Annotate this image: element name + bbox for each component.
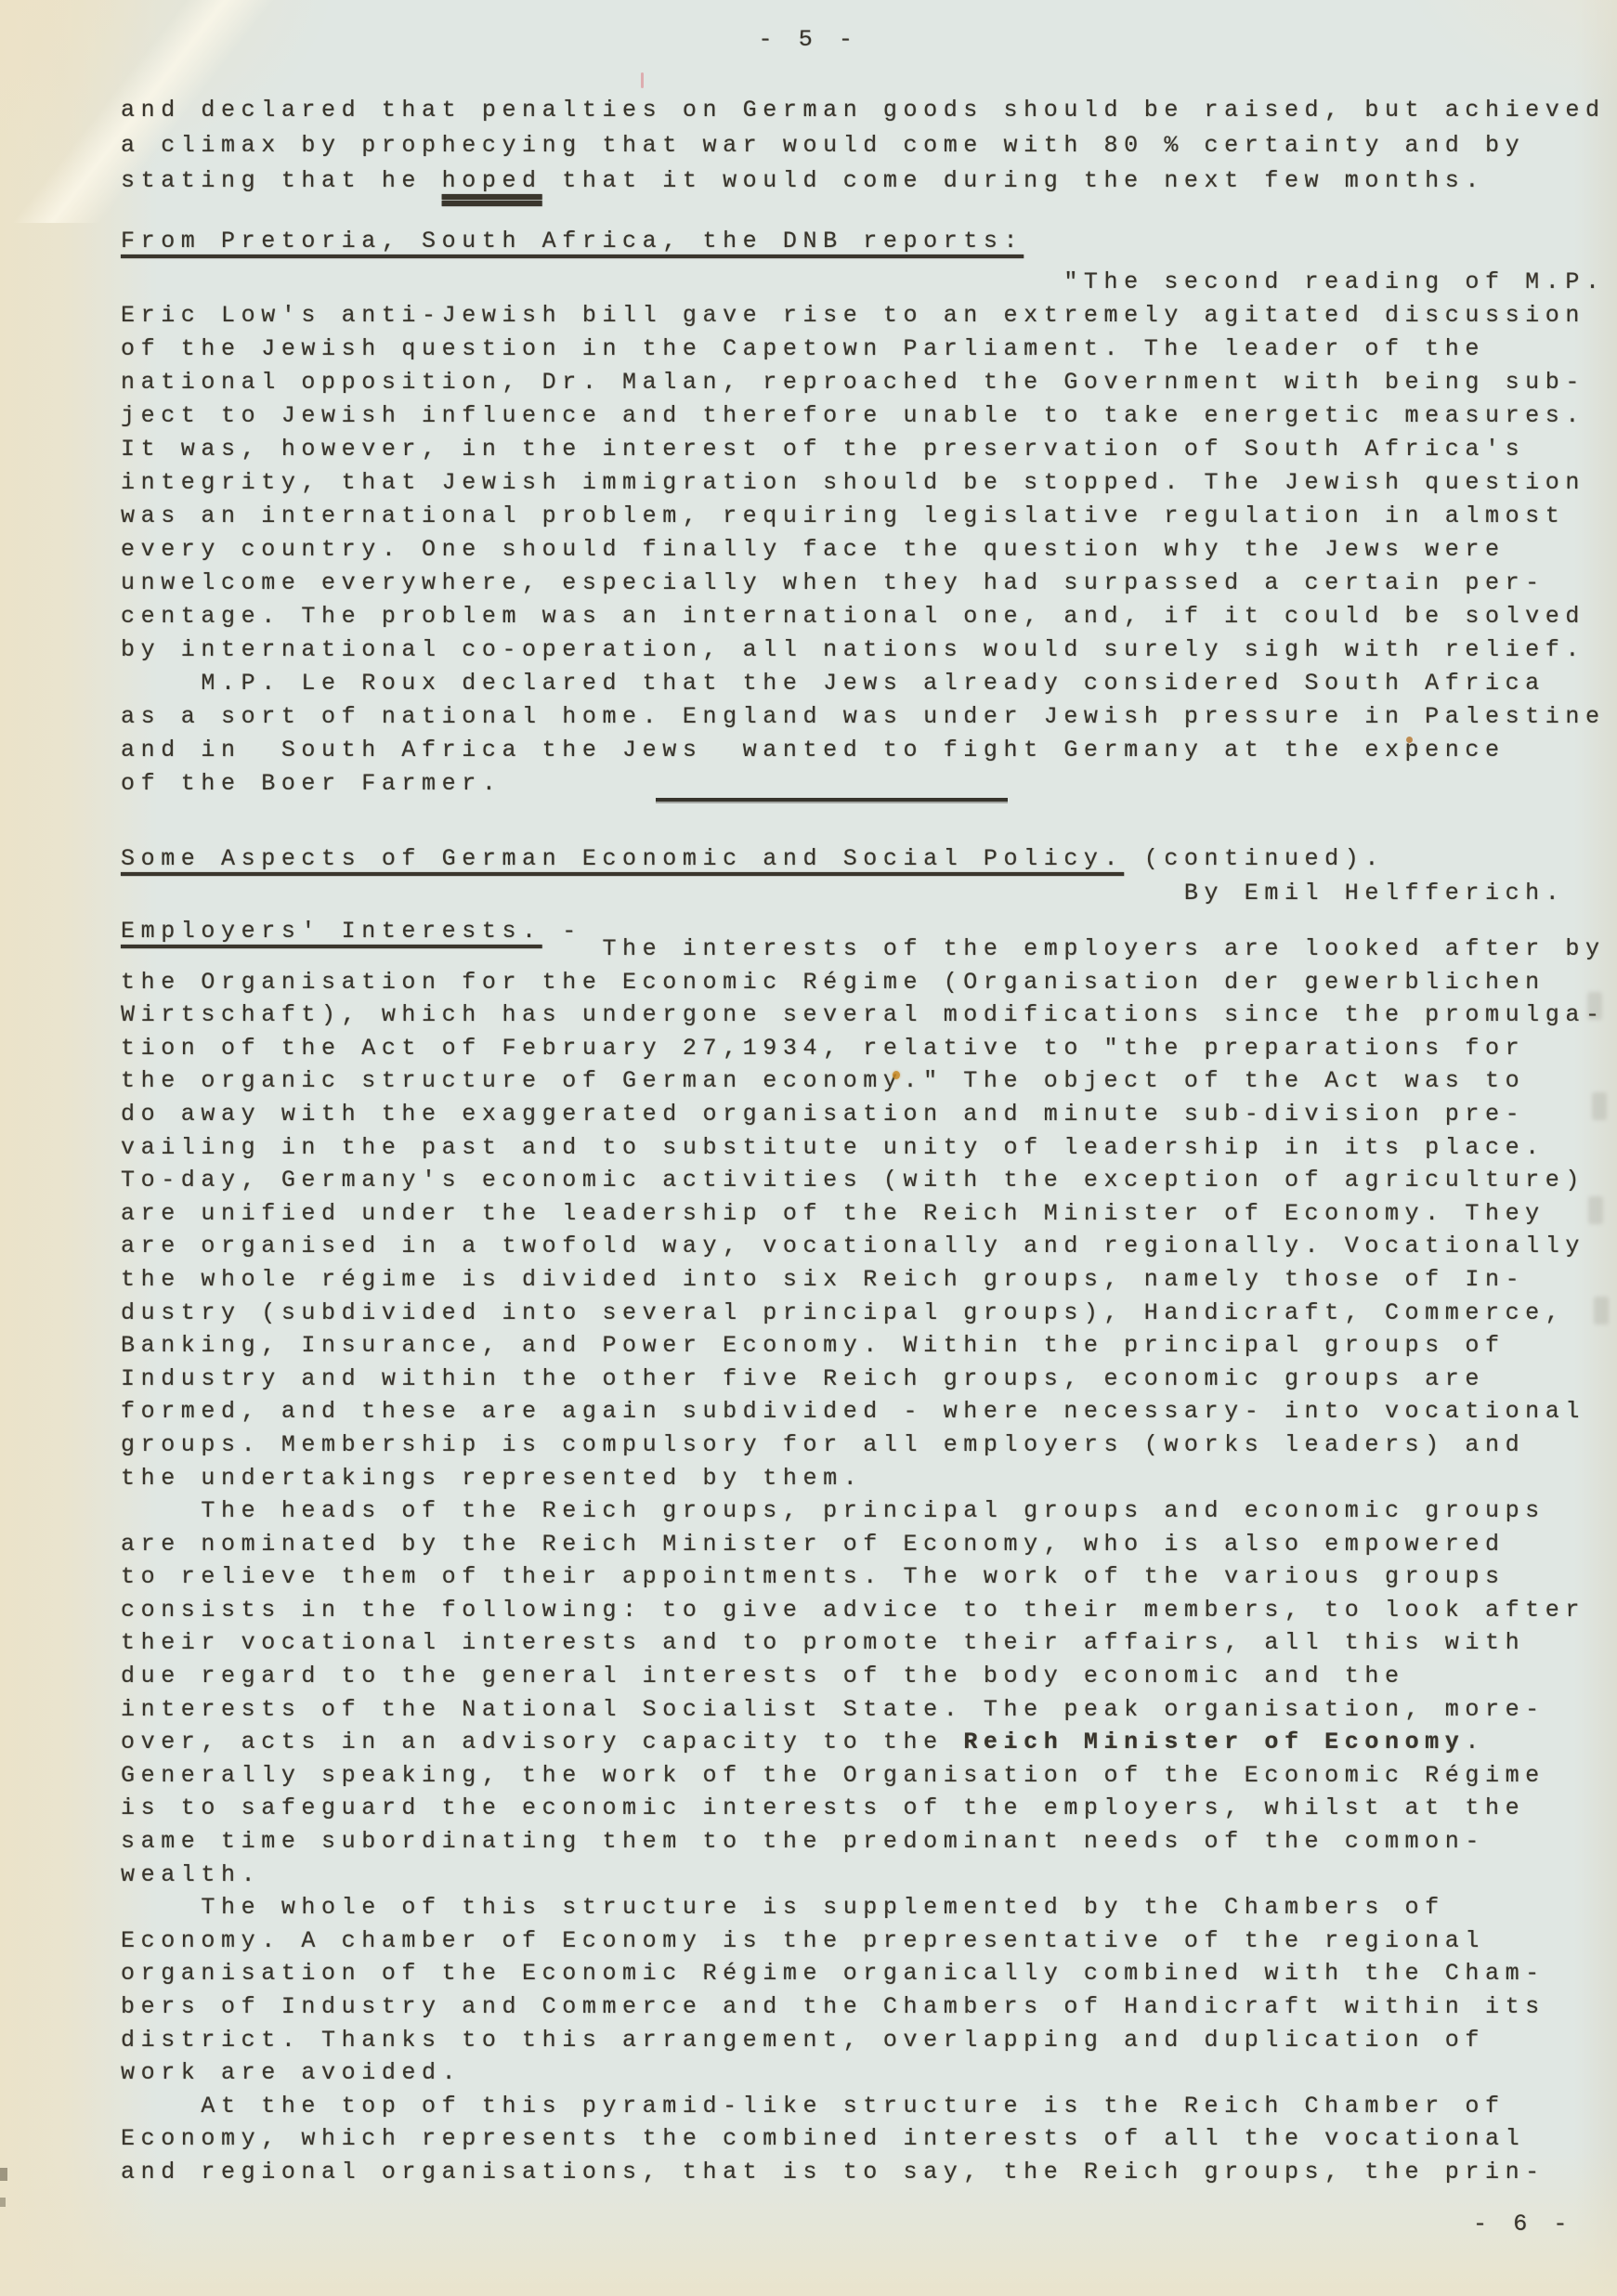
footer-page-number: - 6 -	[1473, 2207, 1573, 2241]
pretoria-dnb-heading: From Pretoria, South Africa, the DNB rep…	[121, 224, 1024, 258]
header-page-number: - 5 -	[0, 22, 1617, 57]
page-edge-nick	[0, 2198, 6, 2207]
author-byline: By Emil Helfferich.	[121, 876, 1565, 910]
employers-interests-body: The interests of the employers are looke…	[121, 933, 1606, 2189]
economic-policy-heading: Some Aspects of German Economic and Soci…	[121, 841, 1385, 876]
section-separator-rule	[656, 798, 1008, 802]
dnb-report-paragraph: "The second reading of M.P.Eric Low's an…	[121, 266, 1606, 801]
intro-paragraph: and declared that penalties on German go…	[121, 93, 1606, 199]
document-page: - 5 - and declared that penalties on Ger…	[0, 0, 1617, 2296]
page-edge-nick	[0, 2168, 7, 2181]
ink-scratch-icon	[641, 72, 644, 88]
